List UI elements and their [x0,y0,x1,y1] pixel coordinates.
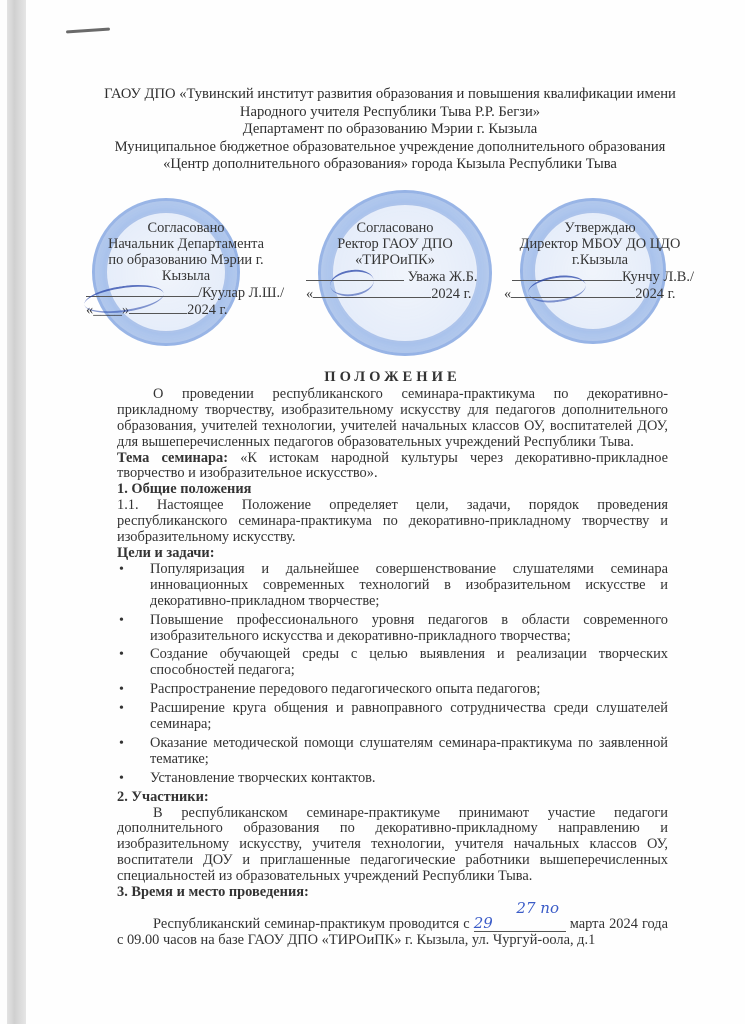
approval-position: «ТИРОиПК» [300,252,490,268]
section-heading: 1. Общие положения [117,482,668,498]
signature-line: Уважа Ж.Б. [300,268,490,285]
goals-list: Популяризация и дальнейшее совершенствов… [117,562,668,787]
section-heading: 3. Время и место проведения: [117,885,668,901]
header-line: «Центр дополнительного образования» горо… [90,156,690,174]
list-item: Повышение профессионального уровня педаг… [117,613,668,645]
date-line: «2024 г. [300,285,490,302]
document-body: ПОЛОЖЕНИЕ О проведении республиканского … [117,370,668,949]
section1-paragraph: 1.1. Настоящее Положение определяет цели… [117,498,668,546]
approval-block-rector: Согласовано Ректор ГАОУ ДПО «ТИРОиПК» Ув… [300,220,490,302]
signatory-name: /Куулар Л.Ш./ [198,285,284,301]
list-item: Популяризация и дальнейшее совершенствов… [117,562,668,610]
list-item: Установление творческих контактов. [117,771,668,787]
approval-position: Директор МБОУ ДО ЦДО [500,236,700,252]
approval-position: г.Кызыла [500,252,700,268]
scan-edge-strip [7,0,26,1024]
section2-paragraph: В республиканском семинаре-практикуме пр… [117,806,668,886]
document-header: ГАОУ ДПО «Тувинский институт развития об… [90,86,690,174]
signature-line: Кунчу Л.В./ [500,268,700,285]
seminar-theme: Тема семинара: «К истокам народной культ… [117,451,668,483]
signatory-name: Кунчу Л.В./ [622,269,694,285]
signatory-name: Уважа Ж.Б. [408,269,478,285]
header-line: Муниципальное бюджетное образовательное … [90,139,690,157]
approval-status: Согласовано [86,220,286,236]
approval-position: Начальник Департамента [86,236,286,252]
theme-label: Тема семинара: [117,450,228,466]
approval-position: Ректор ГАОУ ДПО [300,236,490,252]
header-line: Департамент по образованию Мэрии г. Кызы… [90,121,690,139]
approval-position: Кызыла [86,268,286,284]
list-item: Распространение передового педагогическо… [117,682,668,698]
header-line: Народного учителя Республики Тыва Р.Р. Б… [90,104,690,122]
list-item: Создание обучающей среды с целью выявлен… [117,647,668,679]
approval-status: Согласовано [300,220,490,236]
section-heading: 2. Участники: [117,790,668,806]
approval-position: по образованию Мэрии г. [86,252,286,268]
approval-status: Утверждаю [500,220,700,236]
intro-paragraph: О проведении республиканского семинара-п… [117,387,668,451]
goals-heading: Цели и задачи: [117,546,668,562]
handwritten-dates: 27 по 29 [474,901,566,932]
section3-paragraph: Республиканский семинар-практикум провод… [117,901,668,949]
approval-year: 2024 г. [635,286,675,302]
document-title: ПОЛОЖЕНИЕ [117,370,668,386]
approval-year: 2024 г. [431,286,471,302]
header-line: ГАОУ ДПО «Тувинский институт развития об… [90,86,690,104]
list-item: Оказание методической помощи слушателям … [117,736,668,768]
approval-year: 2024 г. [187,302,227,318]
list-item: Расширение круга общения и равноправного… [117,701,668,733]
